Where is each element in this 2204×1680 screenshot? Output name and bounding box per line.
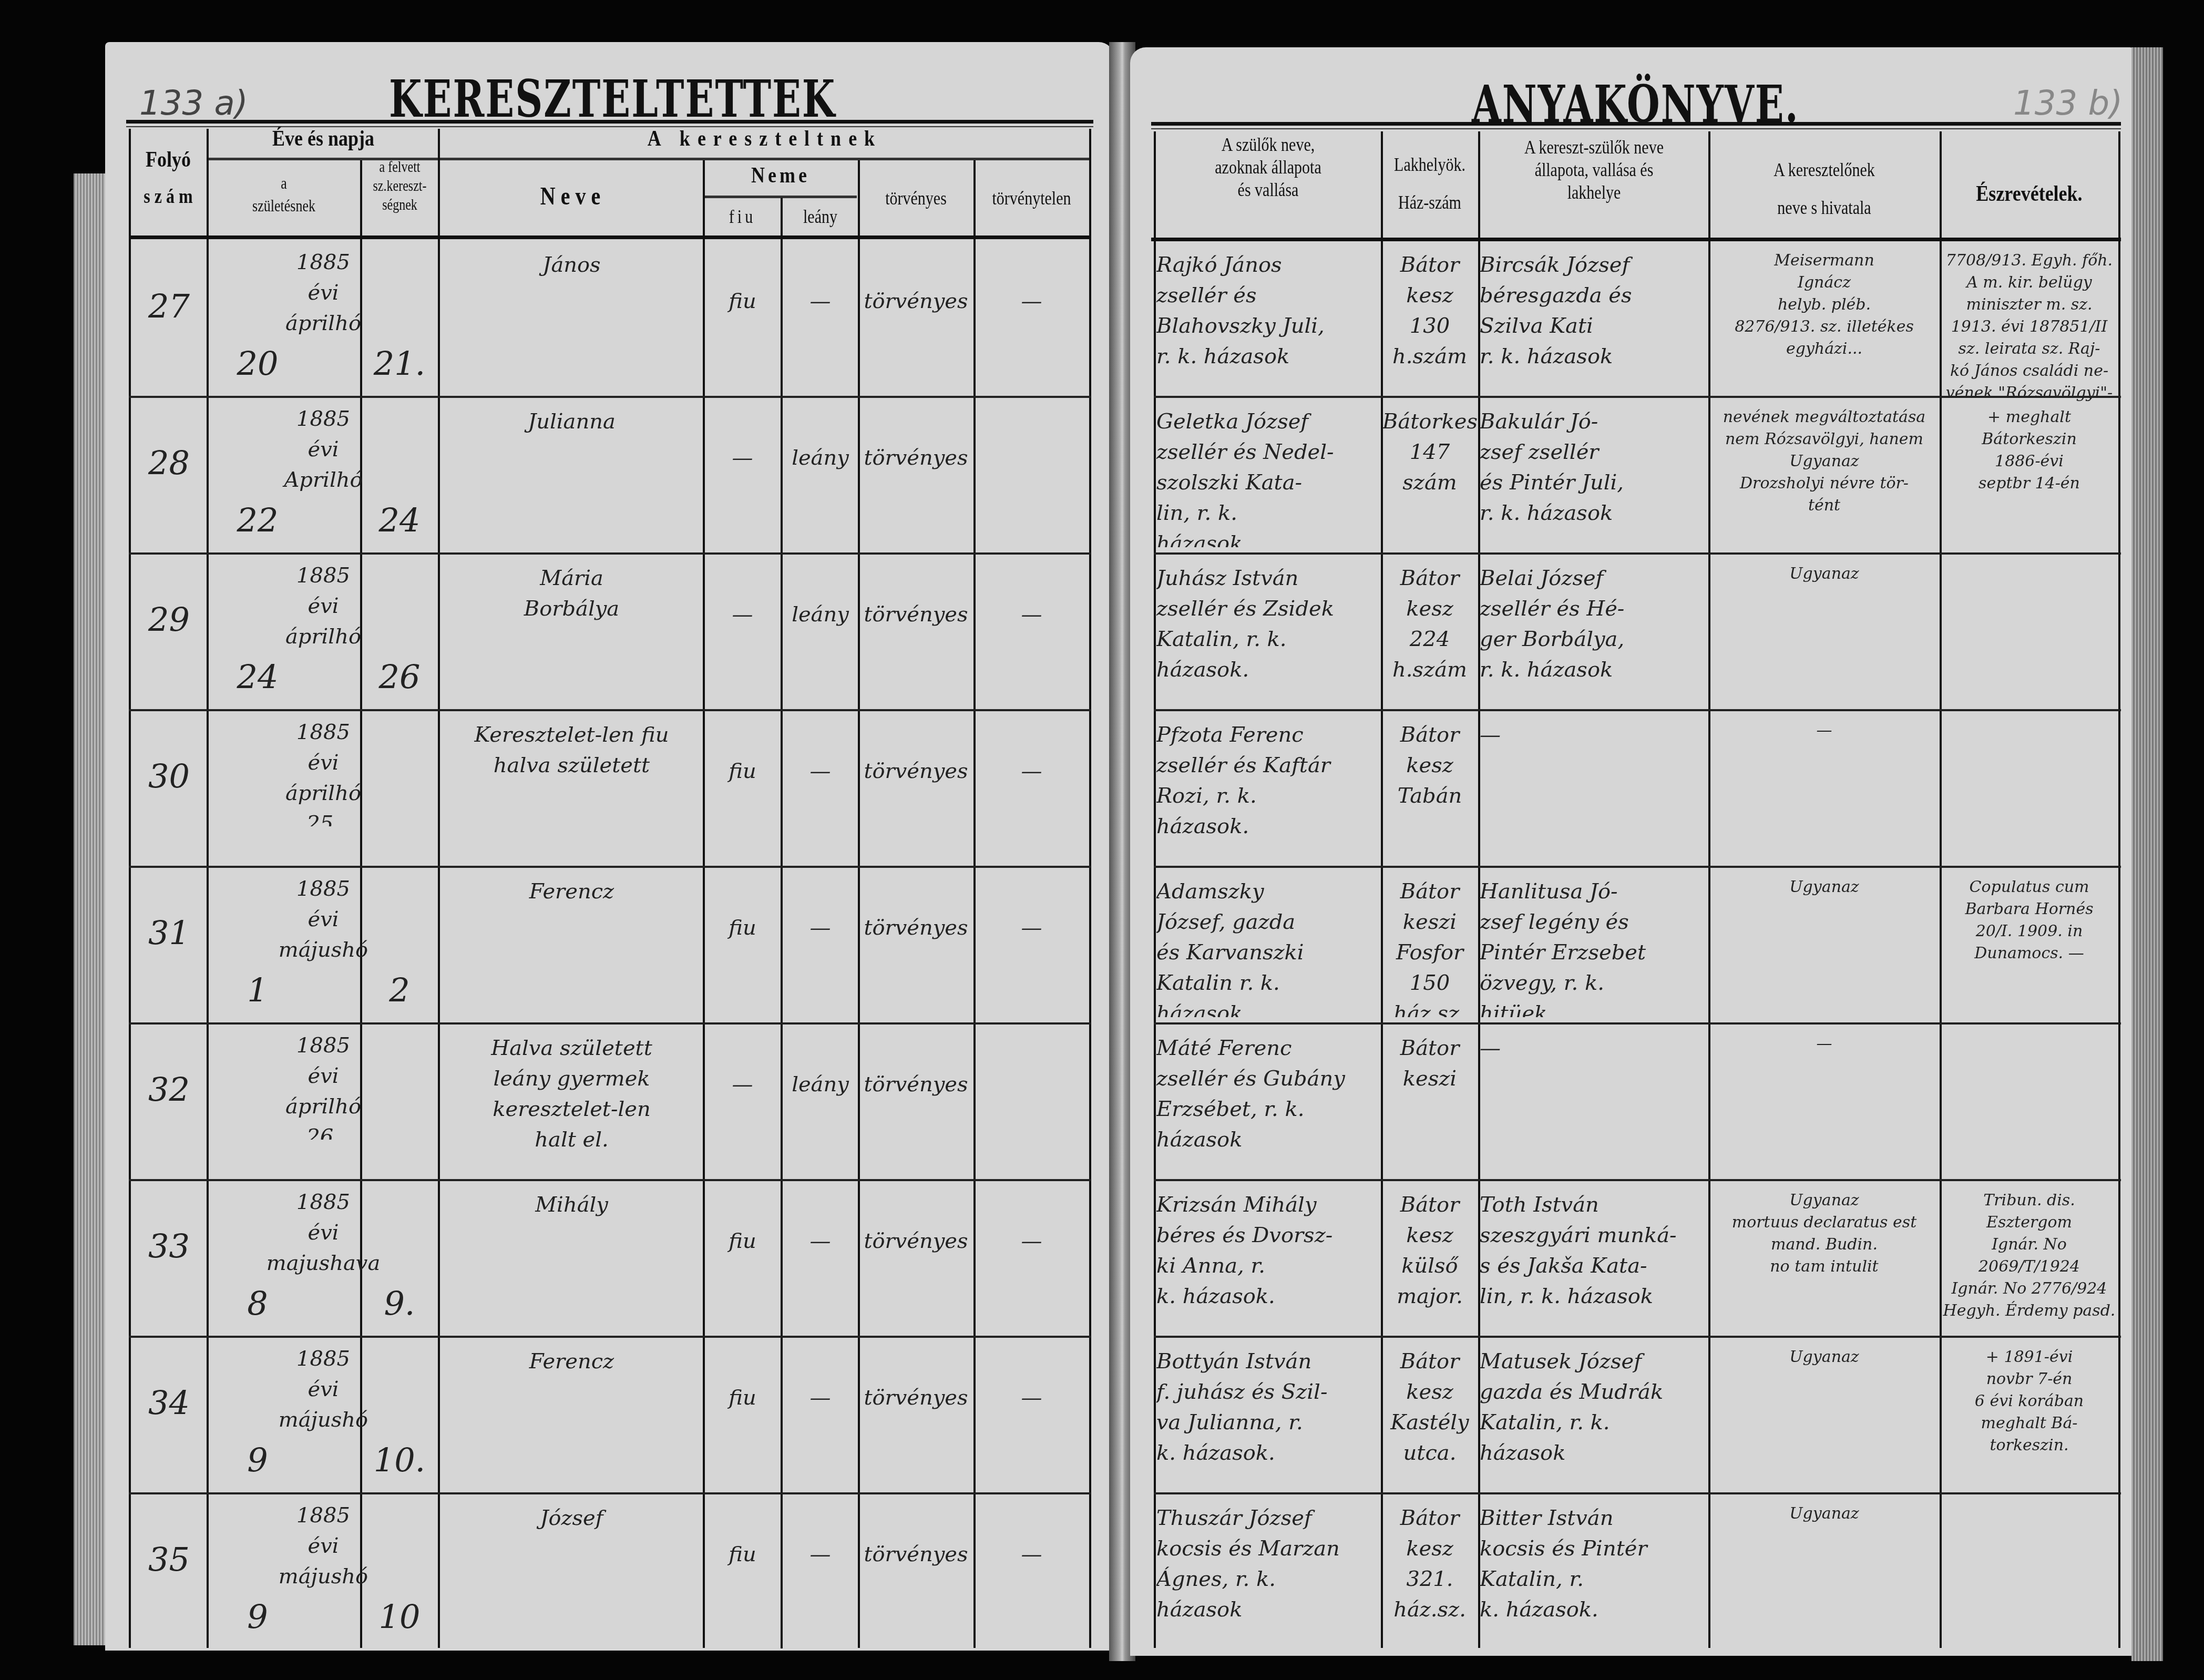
- record-birth-day: 24: [221, 662, 294, 704]
- record-name: Halva született leány gyermek keresztele…: [442, 1033, 702, 1174]
- row-divider: [129, 552, 1091, 555]
- record-fiu: fiu: [704, 1226, 781, 1268]
- row-divider: [129, 709, 1091, 711]
- record-birth-day: 20: [221, 349, 294, 391]
- page-number-right: 133 b): [2013, 84, 2123, 123]
- record-residence: Bátorkesz 147 szám: [1382, 406, 1477, 547]
- record-torvenytelen: —: [975, 1539, 1088, 1581]
- record-torvenytelen: —: [975, 756, 1088, 798]
- record-birth-day: [221, 1132, 294, 1174]
- record-year: 1885 évi áprilhó: [208, 560, 439, 670]
- record-parents: Krizsán Mihály béres és Dvorsz- ki Anna,…: [1156, 1190, 1380, 1330]
- record-parents: Thuszár József kocsis és Marzan Ágnes, r…: [1156, 1503, 1380, 1644]
- record-godparents: Bitter István kocsis és Pintér Katalin, …: [1480, 1503, 1708, 1644]
- record-baptizer: Ugyanaz: [1710, 563, 1939, 714]
- record-residence: Bátor kesz 224 h.szám: [1382, 563, 1477, 704]
- record-birth-day: 9: [221, 1602, 294, 1644]
- record-leany: leány: [782, 443, 858, 485]
- record-baptism-day: 9.: [363, 1288, 436, 1330]
- record-year: 1885 évi áprilhó: [208, 247, 439, 356]
- record-torvenyes: törvényes: [859, 913, 972, 955]
- record-torvenytelen: —: [975, 1382, 1088, 1425]
- record-year: 1885 évi Aprilhó: [208, 404, 439, 513]
- record-baptism-day: 10: [363, 1602, 436, 1644]
- record-torvenyes: törvényes: [859, 599, 972, 641]
- record-torvenytelen: —: [975, 599, 1088, 641]
- row-divider: [1154, 1492, 2121, 1494]
- record-parents: Bottyán István f. juhász és Szil- va Jul…: [1156, 1346, 1380, 1487]
- header-fiu: fiu: [704, 206, 781, 228]
- record-name: Julianna: [442, 406, 702, 547]
- record-remarks: [1941, 1033, 2117, 1184]
- record-godparents: Belai József zsellér és Hé- ger Borbálya…: [1480, 563, 1708, 704]
- record-baptizer: Ugyanaz: [1710, 1346, 1939, 1498]
- record-leany: leány: [782, 1069, 858, 1111]
- record-fiu: fiu: [704, 1382, 781, 1425]
- record-baptism-day: 24: [363, 505, 436, 547]
- record-leany: —: [782, 913, 858, 955]
- record-no: 30: [131, 761, 207, 808]
- row-divider: [129, 1336, 1091, 1338]
- record-torvenyes: törvényes: [859, 756, 972, 798]
- record-baptizer: Ugyanaz mortuus declaratus est mand. Bud…: [1710, 1190, 1939, 1341]
- header-leany: leány: [782, 206, 858, 228]
- record-fiu: fiu: [704, 913, 781, 955]
- record-leany: leány: [782, 599, 858, 641]
- row-divider: [129, 1179, 1091, 1181]
- record-leany: —: [782, 286, 858, 328]
- book-edge-right: [2131, 47, 2163, 1661]
- record-torvenyes: törvényes: [859, 1069, 972, 1111]
- record-godparents: Bakulár Jó- zsef zsellér és Pintér Juli,…: [1480, 406, 1708, 547]
- row-divider: [129, 1492, 1091, 1494]
- header-eve-es-napja: Éve és napja: [208, 127, 439, 149]
- record-residence: Bátor kesz 321. ház.sz.: [1382, 1503, 1477, 1644]
- record-year: 1885 évi májushó: [208, 1344, 439, 1453]
- record-no: 32: [131, 1074, 207, 1122]
- record-torvenytelen: [975, 1069, 1088, 1111]
- record-fiu: —: [704, 443, 781, 485]
- record-baptism-day: [363, 818, 436, 861]
- record-leany: —: [782, 1382, 858, 1425]
- record-name: Ferencz: [442, 876, 702, 1017]
- record-parents: Pfzota Ferenc zsellér és Kaftár Rozi, r.…: [1156, 720, 1380, 861]
- record-no: 33: [131, 1231, 207, 1278]
- header-bottom-rule-left: [129, 235, 1091, 239]
- record-residence: Bátor kesz Tabán: [1382, 720, 1477, 861]
- header-keresztelo: A keresztelőnek neve s hivatala: [1710, 151, 1939, 227]
- record-fiu: fiu: [704, 286, 781, 328]
- record-year: 1885 évi áprilhó 26.: [208, 1030, 439, 1140]
- row-divider: [1154, 1336, 2121, 1338]
- record-fiu: —: [704, 599, 781, 641]
- top-rule-left: [126, 120, 1093, 124]
- record-fiu: —: [704, 1069, 781, 1111]
- row-divider: [1154, 866, 2121, 868]
- record-godparents: —: [1480, 1033, 1708, 1174]
- record-no: 29: [131, 605, 207, 652]
- header-a-kereszteltnek: A kereszteltnek: [439, 127, 1091, 149]
- record-baptism-day: 2: [363, 975, 436, 1017]
- record-residence: Bátor kesz külső major.: [1382, 1190, 1477, 1330]
- record-residence: Bátor keszi: [1382, 1033, 1477, 1174]
- record-godparents: —: [1480, 720, 1708, 861]
- record-torvenytelen: —: [975, 913, 1088, 955]
- row-divider: [129, 866, 1091, 868]
- record-leany: —: [782, 1539, 858, 1581]
- record-birth-day: 22: [221, 505, 294, 547]
- top-rule-right: [1151, 122, 2121, 126]
- subrule-kereszteltnek: [439, 158, 1091, 160]
- record-baptism-day: 26: [363, 662, 436, 704]
- row-divider: [1154, 396, 2121, 398]
- row-divider: [129, 396, 1091, 398]
- record-remarks: + 1891-évi novbr 7-én 6 évi korában megh…: [1941, 1346, 2117, 1498]
- record-birth-day: 9: [221, 1445, 294, 1487]
- header-bottom-rule-right: [1151, 238, 2121, 241]
- record-parents: Geletka József zsellér és Nedel- szolszk…: [1156, 406, 1380, 547]
- record-leany: —: [782, 756, 858, 798]
- record-residence: Bátor kesz 130 h.szám: [1382, 250, 1477, 391]
- header-torvenyes: törvényes: [859, 187, 972, 210]
- header-szam: s z á m: [129, 185, 208, 207]
- record-torvenytelen: [975, 443, 1088, 485]
- header-kereszt-szulok: A kereszt-szülők neve állapota, vallása …: [1480, 136, 1708, 204]
- record-godparents: Bircsák József béresgazda és Szilva Kati…: [1480, 250, 1708, 391]
- row-divider: [1154, 709, 2121, 711]
- record-fiu: fiu: [704, 756, 781, 798]
- record-godparents: Matusek József gazda és Mudrák Katalin, …: [1480, 1346, 1708, 1487]
- col-line: [858, 160, 860, 1648]
- header-keresztsegnek: a felvett sz.kereszt- ségnek: [362, 158, 438, 215]
- col-line: [703, 160, 705, 1648]
- record-torvenyes: törvényes: [859, 1382, 972, 1425]
- record-torvenyes: törvényes: [859, 1539, 972, 1581]
- record-torvenytelen: —: [975, 1226, 1088, 1268]
- record-no: 35: [131, 1544, 207, 1592]
- record-baptism-day: [363, 1132, 436, 1174]
- record-remarks: Tribun. dis. Esztergom Ignár. No 2069/T/…: [1941, 1190, 2117, 1341]
- record-godparents: Toth István szeszgyári munká- s és Jakša…: [1480, 1190, 1708, 1330]
- record-year: 1885 évi áprilhó 25.: [208, 717, 439, 826]
- record-fiu: fiu: [704, 1539, 781, 1581]
- record-baptizer: Ugyanaz: [1710, 1503, 1939, 1654]
- record-name: János: [442, 250, 702, 391]
- page-number-left: 133 a): [139, 84, 248, 123]
- record-torvenytelen: —: [975, 286, 1088, 328]
- col-line: [1154, 131, 1156, 1648]
- record-baptizer: Ugyanaz: [1710, 876, 1939, 1028]
- record-year: 1885 évi májushó: [208, 1500, 439, 1610]
- header-folyo: Folyó: [131, 148, 205, 170]
- record-baptizer: nevének megváltoztatása nem Rózsavölgyi,…: [1710, 406, 1939, 558]
- record-godparents: Hanlitusa Jó- zsef legény és Pintér Erzs…: [1480, 876, 1708, 1017]
- record-parents: Máté Ferenc zsellér és Gubány Erzsébet, …: [1156, 1033, 1380, 1174]
- record-remarks: Copulatus cum Barbara Hornés 20/I. 1909.…: [1941, 876, 2117, 1028]
- record-baptism-day: 10.: [363, 1445, 436, 1487]
- record-parents: Rajkó János zsellér és Blahovszky Juli, …: [1156, 250, 1380, 391]
- header-szulok: A szülők neve, azoknak állapota és vallá…: [1156, 134, 1380, 202]
- record-name: Ferencz: [442, 1346, 702, 1487]
- record-parents: Adamszky József, gazda és Karvanszki Kat…: [1156, 876, 1380, 1017]
- record-remarks: [1941, 720, 2117, 871]
- header-neve: N e v e: [439, 185, 702, 207]
- record-leany: —: [782, 1226, 858, 1268]
- col-line: [1089, 129, 1091, 1648]
- header-lakhely: Lakhelyök. Ház-szám: [1382, 146, 1477, 222]
- record-baptizer: Meisermann Ignácz helyb. pléb. 8276/913.…: [1710, 250, 1939, 401]
- record-remarks: [1941, 1503, 2117, 1654]
- record-no: 28: [131, 448, 207, 495]
- row-divider: [1154, 1179, 2121, 1181]
- record-torvenyes: törvényes: [859, 286, 972, 328]
- book-edge-left: [74, 173, 105, 1645]
- header-neme: Neme: [704, 163, 857, 186]
- record-birth-day: 1: [221, 975, 294, 1017]
- record-torvenyes: törvényes: [859, 1226, 972, 1268]
- record-baptizer: —: [1710, 720, 1939, 871]
- top-rule-right-thin: [1151, 128, 2121, 129]
- record-residence: Bátor kesz Kastély utca.: [1382, 1346, 1477, 1487]
- row-divider: [1154, 552, 2121, 555]
- record-name: Keresztelet-len fiu halva született: [442, 720, 702, 861]
- col-line: [129, 129, 131, 1648]
- record-name: József: [442, 1503, 702, 1644]
- record-no: 27: [131, 291, 207, 339]
- record-name: Mihály: [442, 1190, 702, 1330]
- record-torvenyes: törvényes: [859, 443, 972, 485]
- record-year: 1885 évi májushó: [208, 874, 439, 983]
- col-line: [2118, 131, 2120, 1648]
- header-szuletesnek: a születésnek: [208, 172, 360, 218]
- record-residence: Bátor keszi Fosfor 150 ház.sz.: [1382, 876, 1477, 1017]
- record-birth-day: 8: [221, 1288, 294, 1330]
- record-name: Mária Borbálya: [442, 563, 702, 704]
- header-eszrevetelek: Észrevételek.: [1941, 182, 2117, 204]
- record-parents: Juhász István zsellér és Zsidek Katalin,…: [1156, 563, 1380, 704]
- col-line: [973, 160, 976, 1648]
- record-year: 1885 évi majushava: [208, 1187, 439, 1296]
- header-torvenytelen: törvénytelen: [975, 187, 1088, 210]
- record-baptism-day: 21.: [363, 349, 436, 391]
- record-remarks: [1941, 563, 2117, 714]
- record-no: 34: [131, 1388, 207, 1435]
- record-baptizer: —: [1710, 1033, 1939, 1184]
- row-divider: [129, 1022, 1091, 1025]
- record-remarks: 7708/913. Egyh. főh. A m. kir. belügy mi…: [1941, 250, 2117, 401]
- record-no: 31: [131, 918, 207, 965]
- record-birth-day: [221, 818, 294, 861]
- record-remarks: + meghalt Bátorkeszin 1886-évi septbr 14…: [1941, 406, 2117, 558]
- row-divider: [1154, 1022, 2121, 1025]
